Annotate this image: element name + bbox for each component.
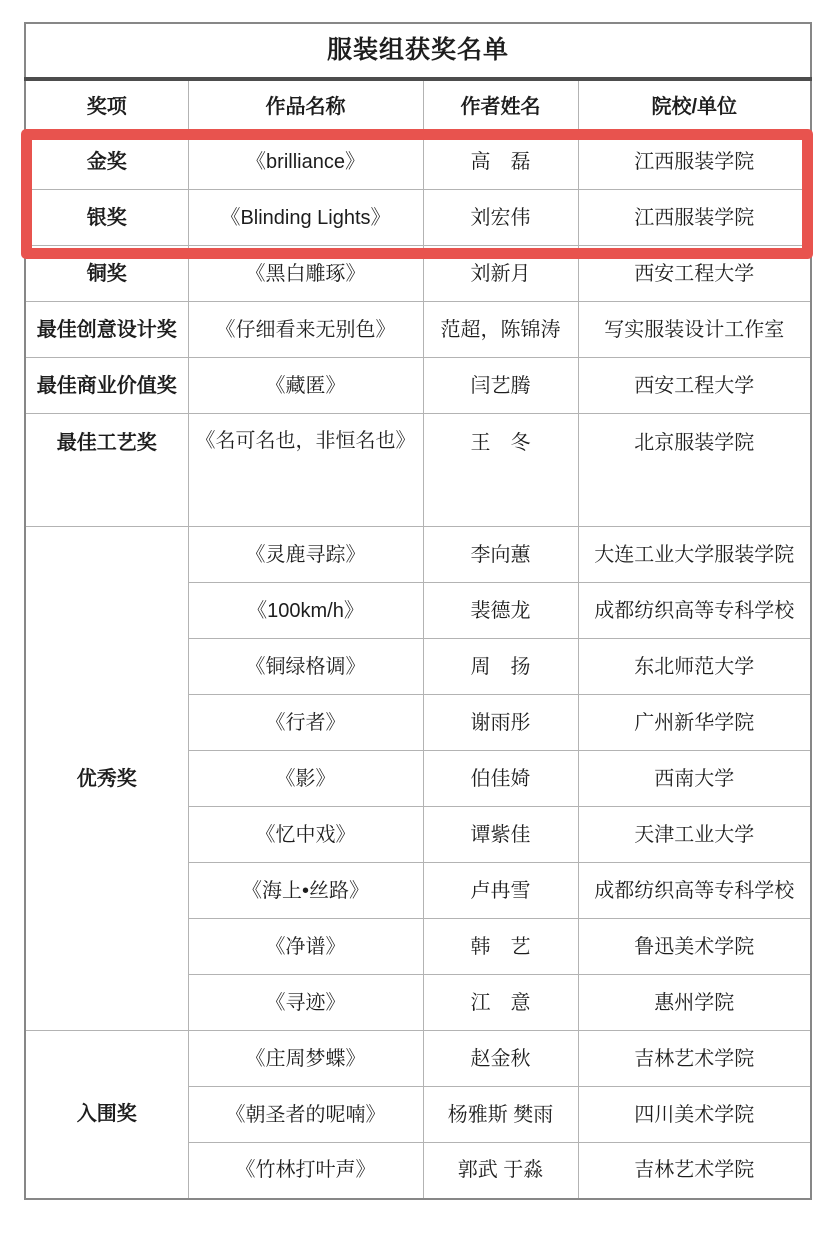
work-cell: 《海上•丝路》 <box>188 863 423 919</box>
work-cell: 《Blinding Lights》 <box>188 190 423 246</box>
award-cell: 入围奖 <box>25 1031 188 1199</box>
institution-cell: 吉林艺术学院 <box>578 1143 811 1199</box>
award-cell: 最佳工艺奖 <box>25 414 188 527</box>
institution-cell: 鲁迅美术学院 <box>578 919 811 975</box>
header-row: 奖项 作品名称 作者姓名 院校/单位 <box>25 79 811 134</box>
award-cell: 铜奖 <box>25 246 188 302</box>
institution-cell: 西安工程大学 <box>578 246 811 302</box>
work-cell: 《灵鹿寻踪》 <box>188 527 423 583</box>
page-title: 服装组获奖名单 <box>25 23 811 79</box>
work-cell: 《黑白雕琢》 <box>188 246 423 302</box>
institution-cell: 东北师范大学 <box>578 639 811 695</box>
table-row: 铜奖 《黑白雕琢》 刘新月 西安工程大学 <box>25 246 811 302</box>
award-cell: 优秀奖 <box>25 527 188 1031</box>
work-cell: 《藏匿》 <box>188 358 423 414</box>
award-table: 服装组获奖名单 奖项 作品名称 作者姓名 院校/单位 金奖 《brillianc… <box>24 22 812 1200</box>
work-cell: 《朝圣者的呢喃》 <box>188 1087 423 1143</box>
institution-cell: 北京服装学院 <box>578 414 811 527</box>
award-cell: 最佳创意设计奖 <box>25 302 188 358</box>
work-cell: 《庄周梦蝶》 <box>188 1031 423 1087</box>
institution-cell: 吉林艺术学院 <box>578 1031 811 1087</box>
author-cell: 江 意 <box>423 975 578 1031</box>
author-cell: 周 扬 <box>423 639 578 695</box>
award-cell: 最佳商业价值奖 <box>25 358 188 414</box>
author-cell: 伯佳婍 <box>423 751 578 807</box>
award-cell: 银奖 <box>25 190 188 246</box>
table-row: 优秀奖 《灵鹿寻踪》 李向蕙 大连工业大学服装学院 <box>25 527 811 583</box>
author-cell: 谢雨彤 <box>423 695 578 751</box>
institution-cell: 西南大学 <box>578 751 811 807</box>
work-cell: 《竹林打叶声》 <box>188 1143 423 1199</box>
institution-cell: 江西服装学院 <box>578 134 811 190</box>
work-cell: 《行者》 <box>188 695 423 751</box>
institution-cell: 广州新华学院 <box>578 695 811 751</box>
work-cell: 《仔细看来无别色》 <box>188 302 423 358</box>
author-cell: 谭紫佳 <box>423 807 578 863</box>
header-work: 作品名称 <box>188 79 423 134</box>
table-row: 最佳创意设计奖 《仔细看来无别色》 范超，陈锦涛 写实服装设计工作室 <box>25 302 811 358</box>
author-cell: 王 冬 <box>423 414 578 527</box>
work-cell: 《净谱》 <box>188 919 423 975</box>
award-cell: 金奖 <box>25 134 188 190</box>
work-cell: 《忆中戏》 <box>188 807 423 863</box>
author-cell: 刘新月 <box>423 246 578 302</box>
author-cell: 李向蕙 <box>423 527 578 583</box>
institution-cell: 大连工业大学服装学院 <box>578 527 811 583</box>
award-sheet: 服装组获奖名单 奖项 作品名称 作者姓名 院校/单位 金奖 《brillianc… <box>24 22 812 1200</box>
author-cell: 韩 艺 <box>423 919 578 975</box>
author-cell: 赵金秋 <box>423 1031 578 1087</box>
institution-cell: 四川美术学院 <box>578 1087 811 1143</box>
work-cell: 《影》 <box>188 751 423 807</box>
header-author: 作者姓名 <box>423 79 578 134</box>
table-row: 银奖 《Blinding Lights》 刘宏伟 江西服装学院 <box>25 190 811 246</box>
table-row: 金奖 《brilliance》 高 磊 江西服装学院 <box>25 134 811 190</box>
table-row: 最佳商业价值奖 《藏匿》 闫艺腾 西安工程大学 <box>25 358 811 414</box>
institution-cell: 成都纺织高等专科学校 <box>578 863 811 919</box>
author-cell: 刘宏伟 <box>423 190 578 246</box>
title-row: 服装组获奖名单 <box>25 23 811 79</box>
institution-cell: 成都纺织高等专科学校 <box>578 583 811 639</box>
institution-cell: 西安工程大学 <box>578 358 811 414</box>
table-row: 入围奖 《庄周梦蝶》 赵金秋 吉林艺术学院 <box>25 1031 811 1087</box>
institution-cell: 天津工业大学 <box>578 807 811 863</box>
author-cell: 高 磊 <box>423 134 578 190</box>
author-cell: 范超，陈锦涛 <box>423 302 578 358</box>
work-cell: 《100km/h》 <box>188 583 423 639</box>
work-cell: 《铜绿格调》 <box>188 639 423 695</box>
header-award: 奖项 <box>25 79 188 134</box>
author-cell: 裴德龙 <box>423 583 578 639</box>
header-institution: 院校/单位 <box>578 79 811 134</box>
table-row: 最佳工艺奖 《名可名也，非恒名也》 王 冬 北京服装学院 <box>25 414 811 527</box>
author-cell: 闫艺腾 <box>423 358 578 414</box>
work-cell: 《名可名也，非恒名也》 <box>188 414 423 527</box>
work-cell: 《brilliance》 <box>188 134 423 190</box>
author-cell: 杨雅斯 樊雨 <box>423 1087 578 1143</box>
institution-cell: 江西服装学院 <box>578 190 811 246</box>
institution-cell: 惠州学院 <box>578 975 811 1031</box>
work-cell: 《寻迹》 <box>188 975 423 1031</box>
institution-cell: 写实服装设计工作室 <box>578 302 811 358</box>
author-cell: 郭武 于淼 <box>423 1143 578 1199</box>
author-cell: 卢冉雪 <box>423 863 578 919</box>
